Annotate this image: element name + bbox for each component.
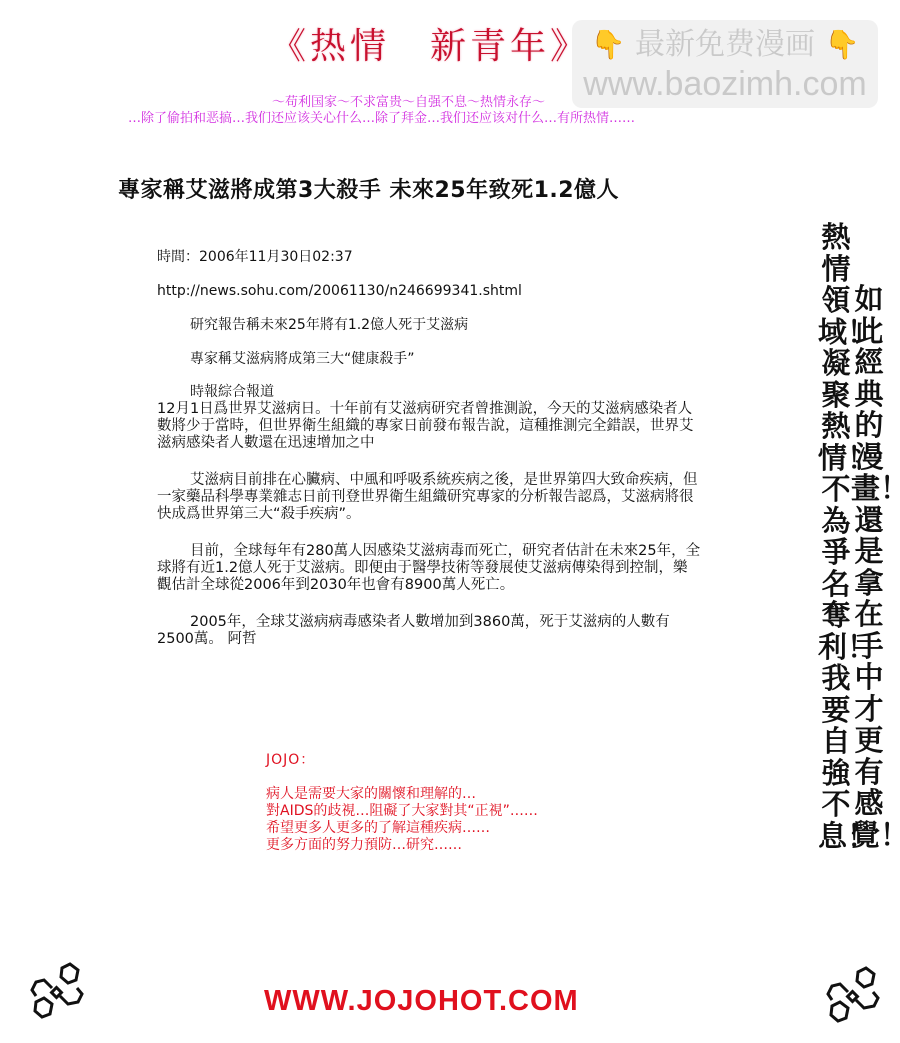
comment-line: 更多方面的努力預防…研究……: [266, 837, 538, 854]
pointing-down-hand-icon: 👇: [591, 28, 626, 61]
article-source: 時報綜合報道: [190, 384, 702, 401]
comment-line: 希望更多人更多的了解這種疾病……: [266, 820, 538, 837]
article-paragraph: 12月1日爲世界艾滋病日。十年前有艾滋病研究者曾推測說，今天的艾滋病感染者人數將…: [157, 401, 702, 452]
article-source-url[interactable]: http://news.sohu.com/20061130/n246699341…: [157, 282, 702, 300]
slogan-line-2: …除了偷拍和恶搞…我们还应该关心什么…除了拜金…我们还应该对什么…有所热情……: [128, 107, 635, 126]
article-paragraph: 2005年，全球艾滋病病毒感染者人數增加到3860萬，死于艾滋病的人數有2500…: [157, 614, 702, 648]
vertical-slogan-2: 如此經典的漫畫！還是拿在手中才更有感覺！: [851, 284, 887, 851]
vertical-slogan-1: 熱情領域！凝聚熱情！不為爭名奪利！我要自強不息！: [818, 222, 854, 852]
flower-ornament-icon: [22, 958, 92, 1028]
flower-ornament-icon: [818, 962, 888, 1032]
pointing-down-hand-icon: 👇: [825, 28, 860, 61]
article-headline: 專家稱艾滋將成第3大殺手 未來25年致死1.2億人: [118, 173, 619, 204]
comment-author: JOJO：: [266, 752, 538, 769]
article-subtitle-1: 研究報告稱未來25年將有1.2億人死于艾滋病: [190, 316, 702, 334]
magazine-title: 《热情 新青年》: [270, 18, 590, 69]
footer-website-url[interactable]: WWW.JOJOHOT.COM: [264, 985, 579, 1018]
article-time: 時間：2006年11月30日02:37: [157, 248, 702, 266]
watermark-url[interactable]: www.baozimh.com: [572, 64, 878, 104]
watermark-title: 最新免费漫画: [635, 27, 815, 62]
watermark-banner[interactable]: 👇 最新免费漫画 👇 www.baozimh.com: [572, 20, 878, 108]
comment-line: 對AIDS的歧視…阻礙了大家對其“正視”……: [266, 803, 538, 820]
article-subtitle-2: 專家稱艾滋病將成第三大“健康殺手”: [190, 350, 702, 368]
comment-line: 病人是需要大家的關懷和理解的…: [266, 786, 538, 803]
article-body: 時間：2006年11月30日02:37 http://news.sohu.com…: [157, 248, 702, 668]
watermark-title-row: 👇 最新免费漫画 👇: [572, 26, 878, 64]
article-paragraph: 艾滋病目前排在心臟病、中風和呼吸系統疾病之後，是世界第四大致命疾病，但一家藥品科…: [157, 472, 702, 523]
editor-comment: JOJO： 病人是需要大家的關懷和理解的… 對AIDS的歧視…阻礙了大家對其“正…: [266, 752, 538, 854]
article-paragraph: 目前，全球每年有280萬人因感染艾滋病毒而死亡，研究者估計在未來25年，全球將有…: [157, 543, 702, 594]
